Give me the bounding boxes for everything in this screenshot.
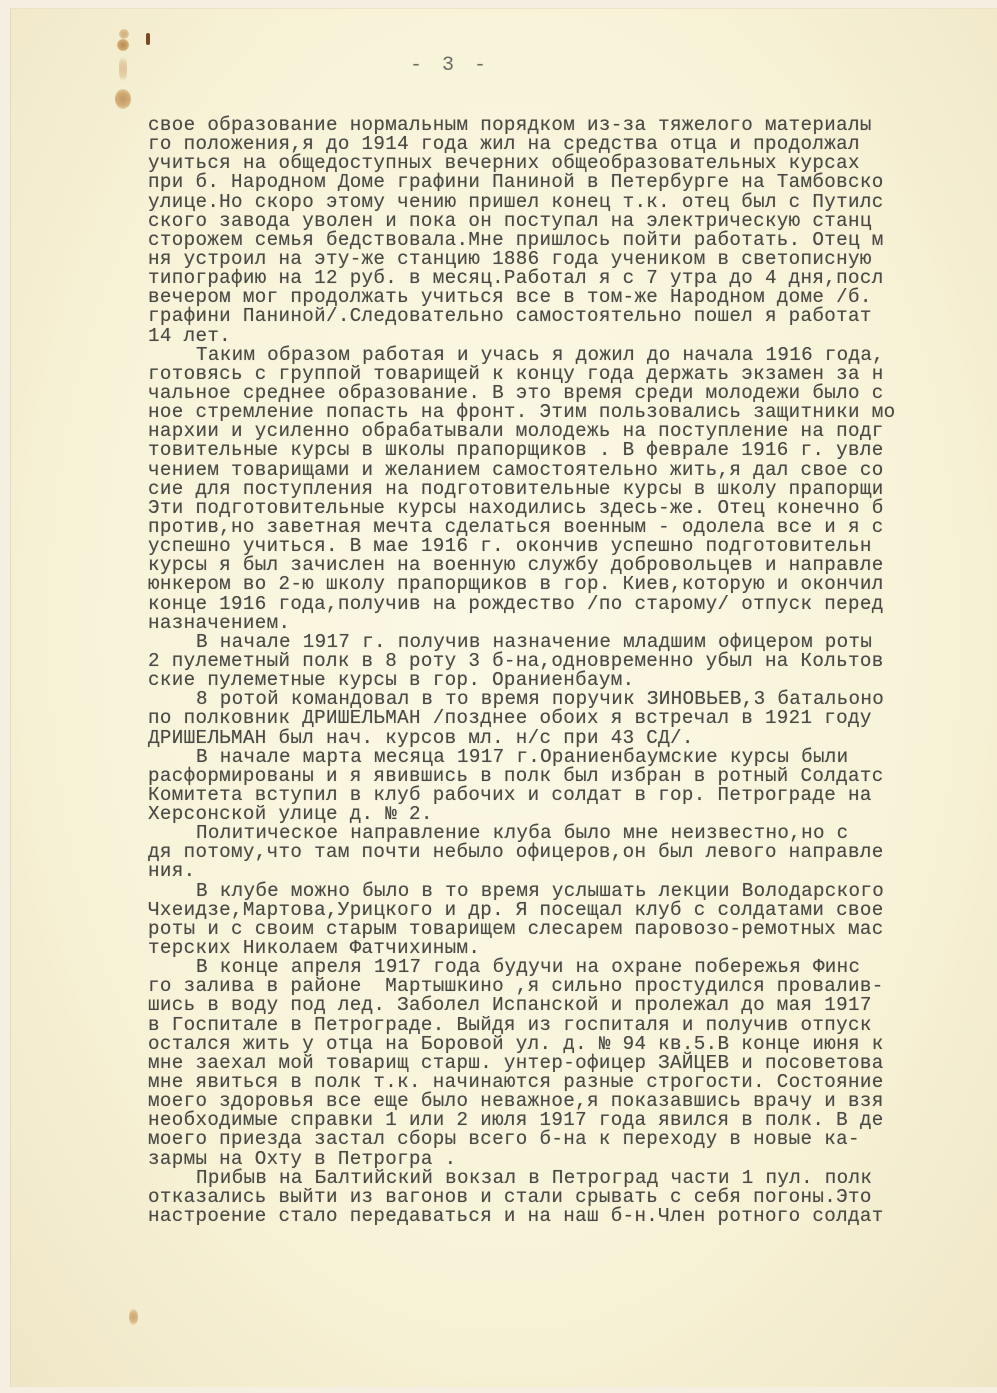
typewritten-body: свое образование нормальным порядком из-…	[148, 116, 988, 1226]
text-line: в Госпитале в Петрограде. Выйдя из госпи…	[148, 1016, 988, 1035]
text-line: Прибыв на Балтийский вокзал в Петроград …	[148, 1169, 988, 1188]
rust-stain	[115, 89, 131, 109]
text-line: ского завода уволен и пока он поступал н…	[148, 212, 988, 231]
text-line: сие для поступления на подготовительные …	[148, 480, 988, 499]
text-line: зармы на Охту в Петрогра .	[148, 1150, 988, 1169]
text-line: при б. Народном Доме графини Паниной в П…	[148, 173, 988, 192]
text-line: В начале марта месяца 1917 г.Ораниенбаум…	[148, 748, 988, 767]
text-line: графини Паниной/.Следовательно самостоят…	[148, 307, 988, 326]
text-line: конце 1916 года,получив на рождество /по…	[148, 595, 988, 614]
text-line: В клубе можно было в то время услышать л…	[148, 882, 988, 901]
page-number: - 3 -	[0, 54, 900, 77]
text-line: дя потому,что там почти небыло офицеров,…	[148, 843, 988, 862]
text-line: улице.Но скоро этому чению пришел конец …	[148, 193, 988, 212]
text-line: моего приезда застал сборы всего б-на к …	[148, 1130, 988, 1149]
text-line: шись в воду под лед. Заболел Испанской и…	[148, 996, 988, 1015]
margin-mark	[146, 33, 150, 45]
text-line: чением товарищами и желанием самостоятел…	[148, 461, 988, 480]
rust-stain	[129, 1309, 138, 1325]
text-line: товительные курсы в школы прапорщиков . …	[148, 441, 988, 460]
text-line: настроение стало передаваться и на наш б…	[148, 1207, 988, 1226]
text-line: 14 лет.	[148, 327, 988, 346]
text-line: по полковник ДРИШЕЛЬМАН /позднее обоих я…	[148, 709, 988, 728]
text-line: юнкером во 2-ю школу прапорщиков в гор. …	[148, 575, 988, 594]
text-line: ния.	[148, 862, 988, 881]
text-line: назначением.	[148, 614, 988, 633]
rust-stain	[119, 29, 129, 39]
text-line: ДРИШЕЛЬМАН был нач. курсов мл. н/с при 4…	[148, 729, 988, 748]
text-line: Таким образом работая и учась я дожил до…	[148, 346, 988, 365]
rust-stain	[117, 39, 129, 51]
